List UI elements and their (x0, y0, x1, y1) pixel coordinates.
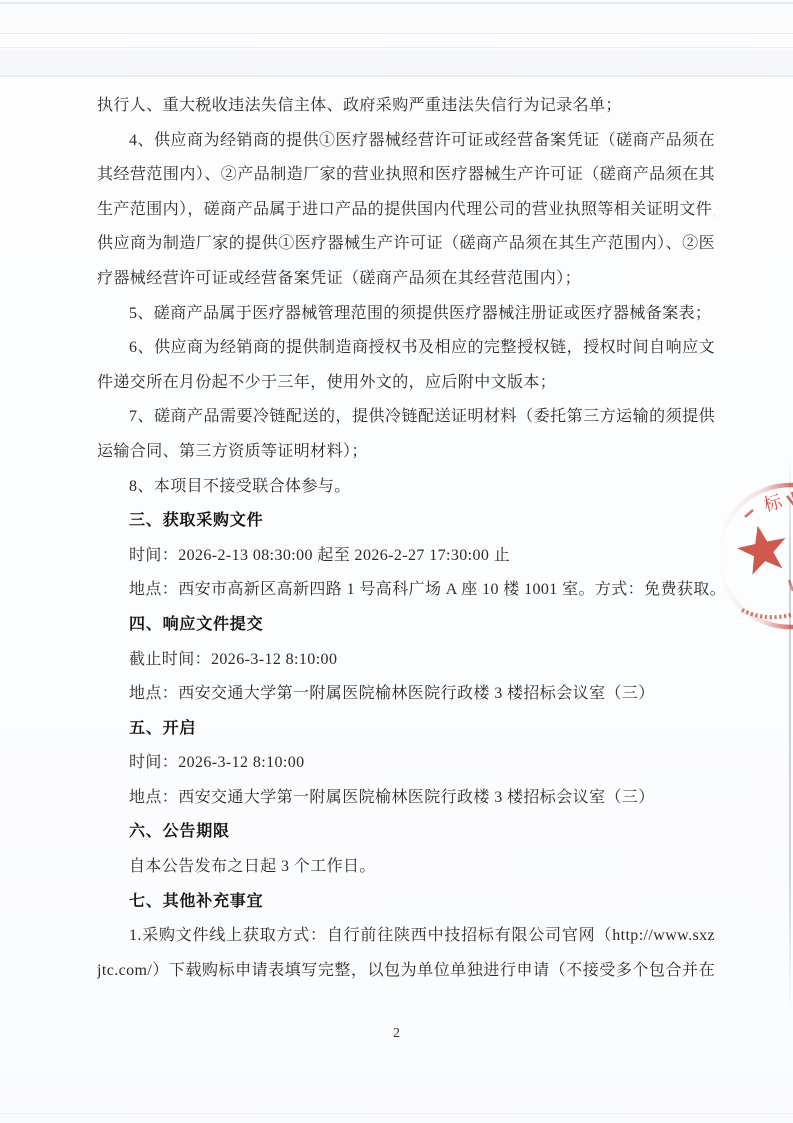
seal-text-fragment-left (745, 510, 753, 517)
text-line: jtc.com/）下载购标申请表填写完整，以包为单位单独进行申请（不接受多个包合… (97, 954, 715, 989)
scan-artifact-line (0, 33, 793, 34)
scan-artifact-line (0, 75, 793, 77)
text-line: 1.采购文件线上获取方式：自行前往陕西中技招标有限公司官网（http://www… (97, 919, 715, 954)
text-line: 地点：西安交通大学第一附属医院榆林医院行政楼 3 楼招标会议室（三） (97, 781, 715, 816)
text-line: 其经营范围内）、②产品制造厂家的营业执照和医疗器械生产许可证（磋商产品须在其 (97, 158, 715, 193)
text-line: 运输合同、第三方资质等证明材料）； (97, 435, 715, 470)
seal-bottom-tiny-text (742, 610, 793, 617)
section-heading-announcement-period: 六、公告期限 (97, 815, 715, 850)
text-line: 地点：西安交通大学第一附属医院榆林医院行政楼 3 楼招标会议室（三） (97, 677, 715, 712)
scan-artifact-line (0, 1113, 793, 1114)
text-line: 截止时间：2026-3-12 8:10:00 (97, 643, 715, 678)
text-line: 5、磋商产品属于医疗器械管理范围的须提供医疗器械注册证或医疗器械备案表； (97, 297, 715, 332)
seal-edge-fragment (789, 580, 793, 591)
text-line: 件递交所在月份起不少于三年，使用外文的，应后附中文版本； (97, 366, 715, 401)
official-seal-stamp-icon: 标 (718, 466, 793, 648)
scan-artifact-line (0, 2, 793, 4)
notice-body: 执行人、重大税收违法失信主体、政府采购严重违法失信行为记录名单； 4、供应商为经… (97, 89, 715, 988)
text-line: 疗器械经营许可证或经营备案凭证（磋商产品须在其经营范围内）； (97, 262, 715, 297)
section-heading-response-submission: 四、响应文件提交 (97, 608, 715, 643)
text-line: 时间：2026-2-13 08:30:00 起至 2026-2-27 17:30… (97, 539, 715, 574)
scanned-document-page: 执行人、重大税收违法失信主体、政府采购严重违法失信行为记录名单； 4、供应商为经… (0, 0, 793, 1123)
seal-text-fragment-right (787, 492, 793, 505)
text-line: 生产范围内），磋商产品属于进口产品的提供国内代理公司的营业执照等相关证明文件； (97, 193, 715, 228)
text-line: 供应商为制造厂家的提供①医疗器械生产许可证（磋商产品须在其生产范围内）、②医 (97, 227, 715, 262)
text-line: 7、磋商产品需要冷链配送的，提供冷链配送证明材料（委托第三方运输的须提供 (97, 400, 715, 435)
scan-edge-shadow (789, 455, 791, 1015)
text-line: 执行人、重大税收违法失信主体、政府采购严重违法失信行为记录名单； (97, 89, 715, 124)
scan-artifact-line (0, 47, 793, 48)
section-heading-other-matters: 七、其他补充事宜 (97, 885, 715, 920)
seal-arc-text: 标 (762, 491, 786, 515)
scan-artifact-band (0, 50, 793, 74)
text-line: 自本公告发布之日起 3 个工作日。 (97, 850, 715, 885)
seal-star-icon (733, 520, 791, 576)
text-line: 8、本项目不接受联合体参与。 (97, 470, 715, 505)
text-line: 6、供应商为经销商的提供制造商授权书及相应的完整授权链，授权时间自响应文 (97, 331, 715, 366)
text-line: 4、供应商为经销商的提供①医疗器械经营许可证或经营备案凭证（磋商产品须在 (97, 124, 715, 159)
seal-outer-ring (719, 485, 793, 627)
page-number: 2 (0, 1026, 793, 1042)
text-line: 时间：2026-3-12 8:10:00 (97, 746, 715, 781)
text-line: 地点：西安市高新区高新四路 1 号高科广场 A 座 10 楼 1001 室。方式… (97, 573, 715, 608)
section-heading-obtain-documents: 三、获取采购文件 (97, 504, 715, 539)
section-heading-opening: 五、开启 (97, 712, 715, 747)
